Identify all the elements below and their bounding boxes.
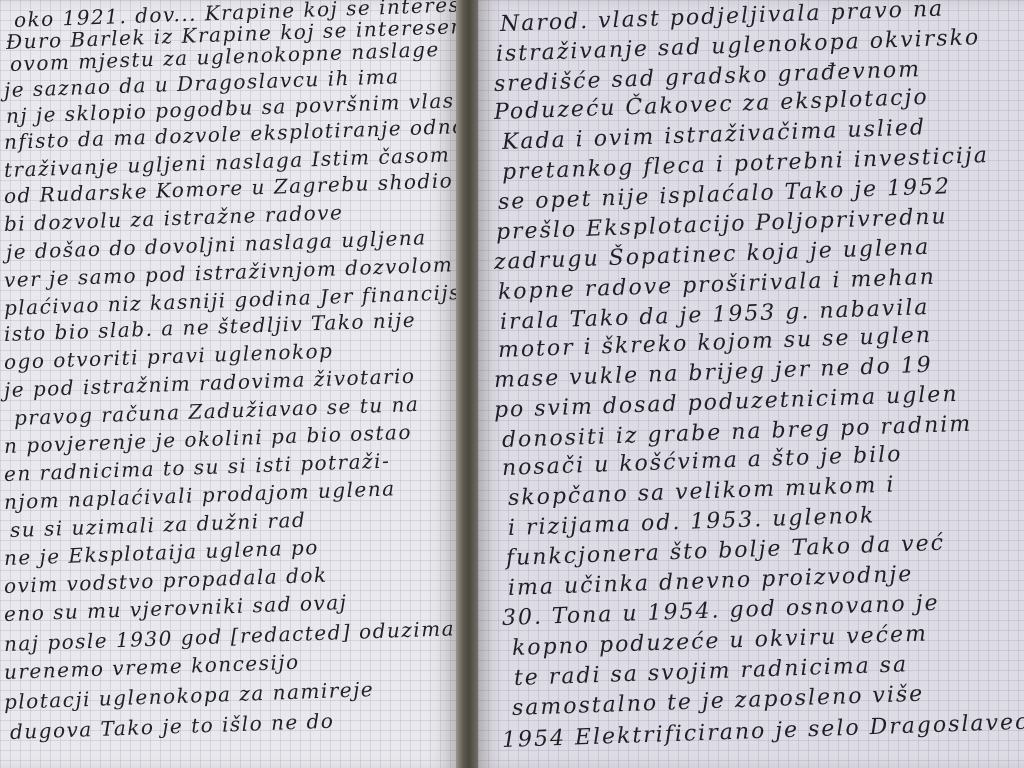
left-page: oko 1921. dov... Krapine koj se interese…	[0, 0, 458, 768]
handwritten-line: urenemo vreme koncesijo	[4, 650, 300, 684]
right-page: Narod. vlast podjeljivala pravo na istra…	[478, 0, 1024, 768]
notebook-spread: oko 1921. dov... Krapine koj se interese…	[0, 0, 1024, 768]
handwritten-line: dugova Tako je to išlo ne do	[10, 709, 335, 744]
notebook-gutter	[456, 0, 480, 768]
